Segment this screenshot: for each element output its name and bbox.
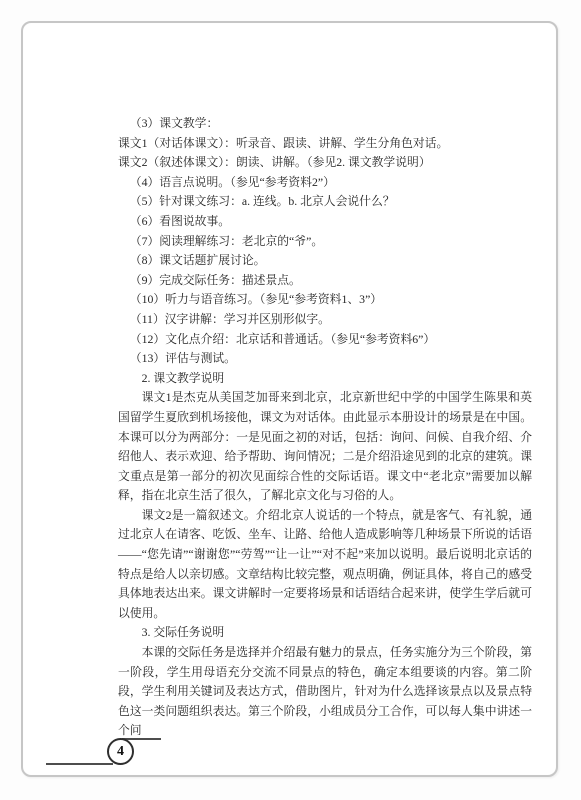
paragraph-text2-notes: 课文2是一篇叙述文。介绍北京人说话的一个特点，就是客气、有礼貌，通过北京人在请客…: [118, 506, 532, 624]
list-item-7: （7）阅读理解练习：老北京的“爷”。: [118, 232, 532, 252]
page-number-badge: 4: [107, 738, 134, 765]
page-number: 4: [117, 744, 124, 760]
list-item-5: （5）针对课文练习：a. 连线。b. 北京人会说什么？: [118, 192, 532, 212]
list-item-3: （3）课文教学：: [118, 114, 532, 134]
section-heading-task-notes: 3. 交际任务说明: [118, 623, 532, 643]
list-item-10: （10）听力与语音练习。（参见“参考资料1、3”）: [118, 290, 532, 310]
list-item-9: （9）完成交际任务：描述景点。: [118, 271, 532, 291]
section-heading-lesson-notes: 2. 课文教学说明: [118, 369, 532, 389]
list-item-13: （13）评估与测试。: [118, 349, 532, 369]
list-subitem-text1: 课文1（对话体课文）：听录音、跟读、讲解、学生分角色对话。: [118, 134, 532, 154]
page-border-frame: （3）课文教学： 课文1（对话体课文）：听录音、跟读、讲解、学生分角色对话。 课…: [21, 21, 558, 777]
list-item-6: （6）看图说故事。: [118, 212, 532, 232]
list-item-4: （4）语言点说明。（参见“参考资料2”）: [118, 173, 532, 193]
list-item-8: （8）课文话题扩展讨论。: [118, 251, 532, 271]
list-item-12: （12）文化点介绍：北京话和普通话。（参见“参考资料6”）: [118, 330, 532, 350]
scanned-book-page: （3）课文教学： 课文1（对话体课文）：听录音、跟读、讲解、学生分角色对话。 课…: [0, 0, 581, 800]
paragraph-text1-notes: 课文1是杰克从美国芝加哥来到北京，北京新世纪中学的中国学生陈果和英国留学生夏欣到…: [118, 388, 532, 506]
text-content: （3）课文教学： 课文1（对话体课文）：听录音、跟读、讲解、学生分角色对话。 课…: [118, 114, 532, 741]
list-item-11: （11）汉字讲解：学习并区别形似字。: [118, 310, 532, 330]
page-number-rule-left: [46, 763, 113, 765]
paragraph-task-notes: 本课的交际任务是选择并介绍最有魅力的景点，任务实施分为三个阶段，第一阶段，学生用…: [118, 643, 532, 741]
list-subitem-text2: 课文2（叙述体课文）：朗读、讲解。（参见2. 课文教学说明）: [118, 153, 532, 173]
